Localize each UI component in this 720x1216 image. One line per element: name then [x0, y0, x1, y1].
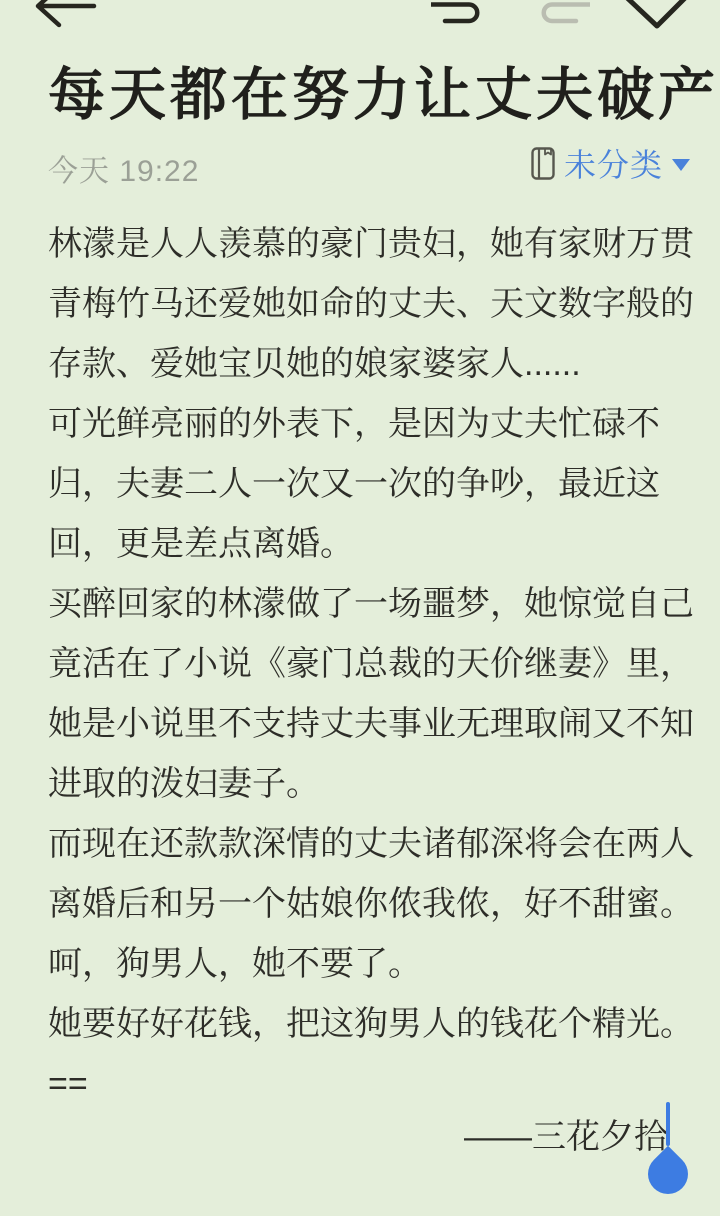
note-text-line[interactable]: 林濛是人人羡慕的豪门贵妇，她有家财万贯 — [48, 214, 694, 274]
note-text-line[interactable]: 竟活在了小说《豪门总裁的天价继妻》里， — [48, 634, 694, 694]
note-text-line[interactable]: 回，更是差点离婚。 — [48, 514, 694, 574]
confirm-button[interactable] — [621, 0, 711, 30]
notes-app-screen: 每天都在努力让丈夫破产 今天 19:22 未分类 林濛是人人羡慕的豪门贵妇，她有… — [0, 0, 720, 1216]
undo-button[interactable] — [431, 1, 485, 25]
redo-button[interactable] — [536, 1, 590, 25]
text-cursor — [666, 1102, 670, 1146]
redo-icon — [536, 1, 590, 25]
category-label: 未分类 — [564, 140, 663, 186]
note-timestamp: 今天 19:22 — [48, 146, 199, 190]
note-text-line[interactable]: 买醉回家的林濛做了一场噩梦，她惊觉自己 — [48, 574, 694, 634]
note-text-line[interactable]: 存款、爱她宝贝她的娘家婆家人...... — [48, 334, 694, 394]
note-text-line[interactable]: 进取的泼妇妻子。 — [48, 754, 694, 814]
note-text-line[interactable]: 她要好好花钱，把这狗男人的钱花个精光。 — [48, 994, 694, 1054]
note-text-line[interactable]: 青梅竹马还爱她如命的丈夫、天文数字般的 — [48, 274, 694, 334]
note-text-line[interactable]: 呵，狗男人，她不要了。 — [48, 934, 694, 994]
note-text-line[interactable]: 可光鲜亮丽的外表下，是因为丈夫忙碌不 — [48, 394, 694, 454]
checkmark-icon — [621, 0, 711, 30]
back-arrow-icon — [30, 0, 98, 29]
notebook-icon — [531, 147, 555, 180]
note-text-line[interactable]: == — [48, 1054, 694, 1114]
note-title[interactable]: 每天都在努力让丈夫破产 — [48, 64, 708, 126]
back-button[interactable] — [30, 0, 98, 29]
category-selector[interactable]: 未分类 — [531, 140, 690, 186]
note-text-line[interactable]: 归，夫妻二人一次又一次的争吵，最近这 — [48, 454, 694, 514]
undo-icon — [431, 1, 485, 25]
note-text-line[interactable]: 离婚后和另一个姑娘你侬我侬，好不甜蜜。 — [48, 874, 694, 934]
note-text-line[interactable]: 她是小说里不支持丈夫事业无理取闹又不知 — [48, 694, 694, 754]
note-body[interactable]: 林濛是人人羡慕的豪门贵妇，她有家财万贯青梅竹马还爱她如命的丈夫、天文数字般的存款… — [48, 214, 694, 1168]
triangle-down-icon — [672, 159, 690, 171]
note-body-lines: 林濛是人人羡慕的豪门贵妇，她有家财万贯青梅竹马还爱她如命的丈夫、天文数字般的存款… — [48, 214, 694, 1114]
note-signature-line[interactable]: ——三花夕拾 — [48, 1114, 694, 1168]
note-text-line[interactable]: 而现在还款款深情的丈夫诸郁深将会在两人 — [48, 814, 694, 874]
